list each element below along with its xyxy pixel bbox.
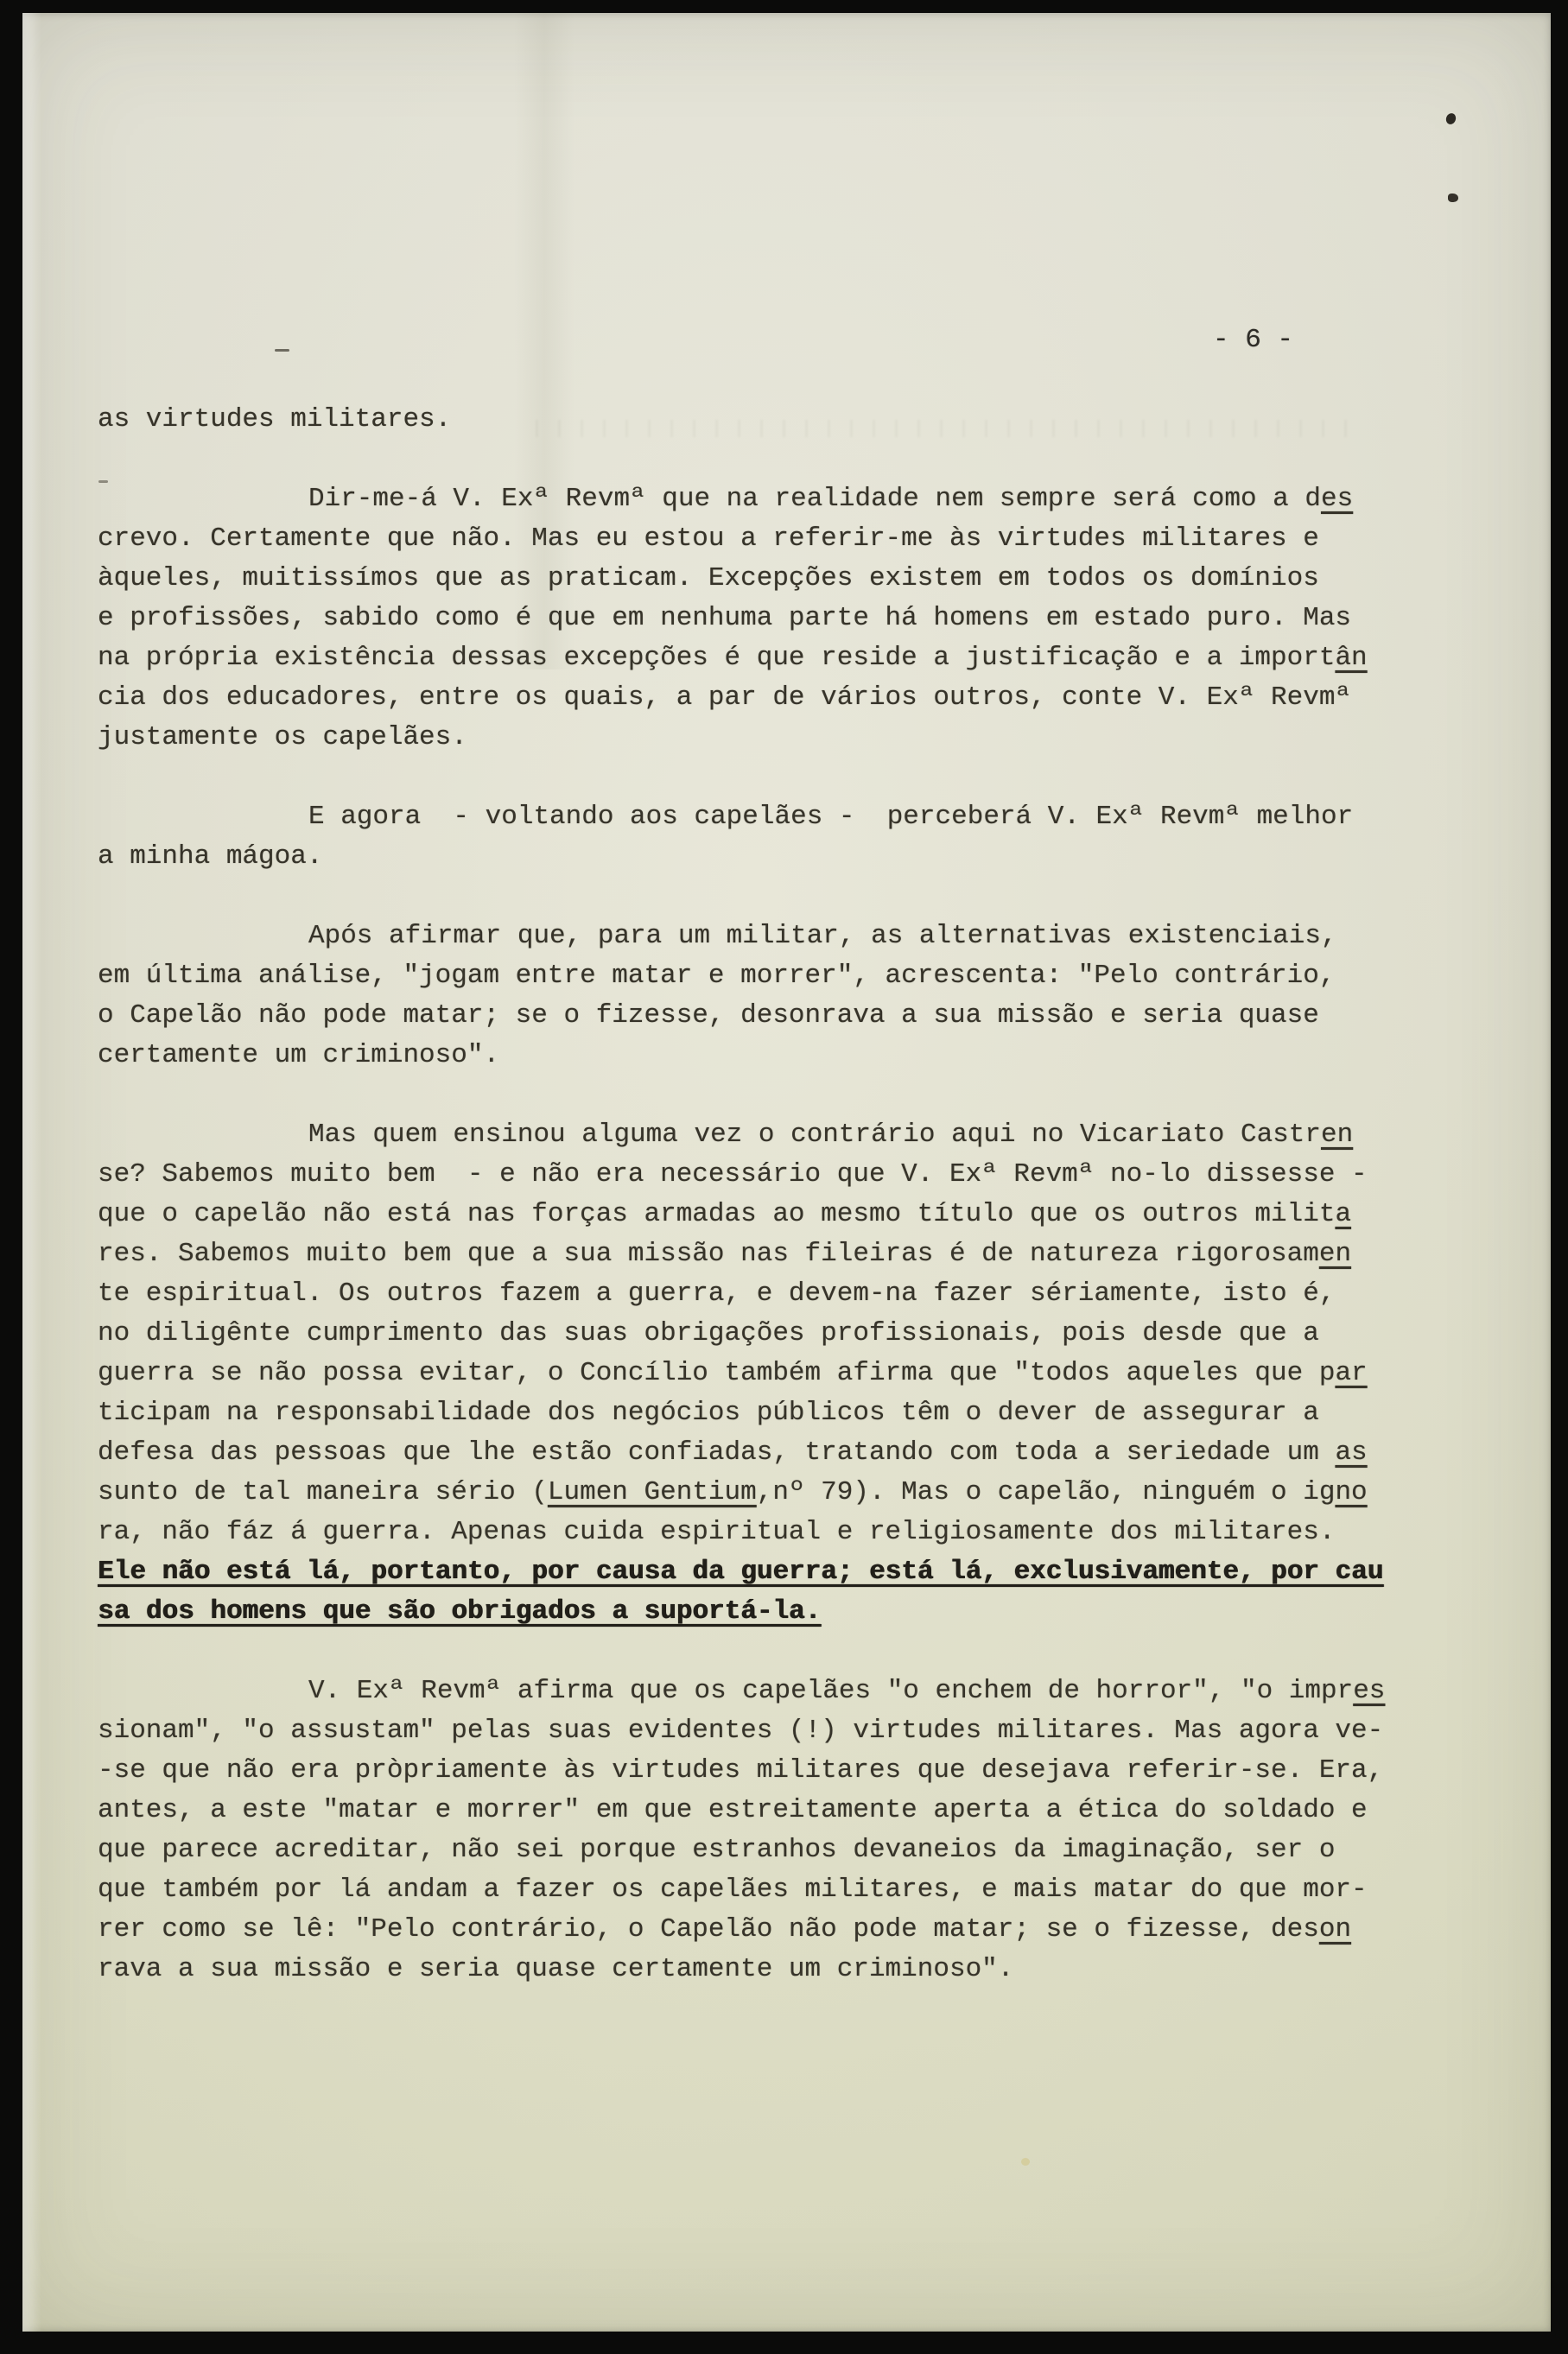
page-number: - 6 - xyxy=(1213,323,1293,358)
text-line: ra, não fáz á guerra. Apenas cuida espir… xyxy=(98,1513,1445,1552)
underlined-text: as xyxy=(1335,1437,1367,1468)
text-line: se? Sabemos muito bem - e não era necess… xyxy=(98,1155,1445,1195)
text-segment: certamente um criminoso". xyxy=(98,1040,499,1070)
text-segment: crevo. Certamente que não. Mas eu estou … xyxy=(98,523,1319,554)
text-segment: as virtudes militares. xyxy=(98,404,451,435)
text-line: o Capelão não pode matar; se o fizesse, … xyxy=(98,996,1445,1036)
text-segment: que também por lá andam a fazer os capel… xyxy=(98,1875,1368,1905)
underlined-text: on xyxy=(1319,1914,1351,1945)
text-line: ticipam na responsabilidade dos negócios… xyxy=(98,1393,1445,1433)
text-segment: que o capelão não está nas forças armada… xyxy=(98,1199,1335,1229)
text-segment: ,nº 79). Mas o capelão, ninguém o ig xyxy=(757,1477,1336,1507)
text-line: àqueles, muitissímos que as praticam. Ex… xyxy=(98,559,1445,599)
text-segment: sunto de tal maneira sério ( xyxy=(98,1477,548,1507)
text-line: antes, a este "matar e morrer" em que es… xyxy=(98,1791,1445,1831)
underlined-text: no xyxy=(1335,1477,1367,1507)
text-line: sionam", "o assustam" pelas suas evident… xyxy=(98,1711,1445,1751)
text-line: Mas quem ensinou alguma vez o contrário … xyxy=(98,1115,1445,1155)
underlined-text: sa dos homens que são obrigados a suport… xyxy=(98,1596,821,1627)
text-segment: Após afirmar que, para um militar, as al… xyxy=(308,921,1337,951)
text-line: que também por lá andam a fazer os capel… xyxy=(98,1870,1445,1910)
text-line: cia dos educadores, entre os quais, a pa… xyxy=(98,678,1445,718)
text-segment: e profissões, sabido como é que em nenhu… xyxy=(98,603,1351,633)
text-line: Ele não está lá, portanto, por causa da … xyxy=(98,1552,1445,1592)
text-line: res. Sabemos muito bem que a sua missão … xyxy=(98,1234,1445,1274)
text-line: que parece acreditar, não sei porque est… xyxy=(98,1831,1445,1870)
text-line: rer como se lê: "Pelo contrário, o Capel… xyxy=(98,1910,1445,1950)
text-line: em última análise, "jogam entre matar e … xyxy=(98,956,1445,996)
document-text: as virtudes militares.Dir-me-á V. Exª Re… xyxy=(98,400,1445,1989)
text-segment: -se que não era pròpriamente às virtudes… xyxy=(98,1755,1383,1786)
underlined-text: ân xyxy=(1335,643,1367,673)
text-line: justamente os capelães. xyxy=(98,718,1445,758)
text-segment: defesa das pessoas que lhe estão confiad… xyxy=(98,1437,1335,1468)
stray-dash-mark xyxy=(275,349,289,352)
text-segment: em última análise, "jogam entre matar e … xyxy=(98,961,1335,991)
text-line: na própria existência dessas excepções é… xyxy=(98,638,1445,678)
text-line: Após afirmar que, para um militar, as al… xyxy=(98,917,1445,956)
text-line: e profissões, sabido como é que em nenhu… xyxy=(98,599,1445,638)
text-segment: te espiritual. Os outros fazem a guerra,… xyxy=(98,1279,1335,1309)
text-segment: justamente os capelães. xyxy=(98,722,467,752)
text-segment: àqueles, muitissímos que as praticam. Ex… xyxy=(98,563,1319,593)
text-segment: res. Sabemos muito bem que a sua missão … xyxy=(98,1239,1319,1269)
text-segment: cia dos educadores, entre os quais, a pa… xyxy=(98,682,1351,713)
text-line: E agora - voltando aos capelães - perceb… xyxy=(98,797,1445,837)
underlined-text: ar xyxy=(1335,1358,1367,1388)
text-segment: a minha mágoa. xyxy=(98,841,322,872)
stray-dash-mark xyxy=(98,480,108,483)
text-segment: V. Exª Revmª afirma que os capelães "o e… xyxy=(308,1676,1353,1706)
text-segment: no diligênte cumprimento das suas obriga… xyxy=(98,1318,1319,1348)
paper-stain xyxy=(1021,2158,1030,2166)
underlined-text: en xyxy=(1321,1120,1353,1150)
text-segment: Mas quem ensinou alguma vez o contrário … xyxy=(308,1120,1321,1150)
text-segment: rava a sua missão e seria quase certamen… xyxy=(98,1954,1013,1984)
text-line: -se que não era pròpriamente às virtudes… xyxy=(98,1751,1445,1791)
scanned-document: - 6 - as virtudes militares.Dir-me-á V. … xyxy=(0,0,1568,2354)
underlined-text: a xyxy=(1335,1199,1351,1229)
text-line: sunto de tal maneira sério (Lumen Gentiu… xyxy=(98,1473,1445,1513)
underlined-text: en xyxy=(1319,1239,1351,1269)
text-segment: E agora - voltando aos capelães - perceb… xyxy=(308,802,1353,832)
text-segment: antes, a este "matar e morrer" em que es… xyxy=(98,1795,1368,1825)
text-line: V. Exª Revmª afirma que os capelães "o e… xyxy=(98,1672,1445,1711)
text-segment: sionam", "o assustam" pelas suas evident… xyxy=(98,1716,1383,1746)
text-line: Dir-me-á V. Exª Revmª que na realidade n… xyxy=(98,479,1445,519)
text-segment: ticipam na responsabilidade dos negócios… xyxy=(98,1398,1319,1428)
text-segment: que parece acreditar, não sei porque est… xyxy=(98,1835,1335,1865)
text-segment: guerra se não possa evitar, o Concílio t… xyxy=(98,1358,1335,1388)
text-line: rava a sua missão e seria quase certamen… xyxy=(98,1950,1445,1989)
text-line: no diligênte cumprimento das suas obriga… xyxy=(98,1314,1445,1354)
text-line: a minha mágoa. xyxy=(98,837,1445,877)
text-line: certamente um criminoso". xyxy=(98,1036,1445,1075)
text-line: que o capelão não está nas forças armada… xyxy=(98,1195,1445,1234)
text-segment: ra, não fáz á guerra. Apenas cuida espir… xyxy=(98,1517,1335,1547)
text-line: defesa das pessoas que lhe estão confiad… xyxy=(98,1433,1445,1473)
text-segment: Dir-me-á V. Exª Revmª que na realidade n… xyxy=(308,484,1321,514)
underlined-text: Lumen Gentium xyxy=(548,1477,757,1507)
ink-smudge xyxy=(536,420,1365,437)
ink-speck xyxy=(1448,194,1458,202)
text-segment: se? Sabemos muito bem - e não era necess… xyxy=(98,1159,1368,1190)
text-segment: na própria existência dessas excepções é… xyxy=(98,643,1335,673)
underlined-text: es xyxy=(1353,1676,1385,1706)
underlined-text: Ele não está lá, portanto, por causa da … xyxy=(98,1557,1383,1587)
text-segment: rer como se lê: "Pelo contrário, o Capel… xyxy=(98,1914,1319,1945)
text-segment: o Capelão não pode matar; se o fizesse, … xyxy=(98,1000,1319,1031)
text-line: sa dos homens que são obrigados a suport… xyxy=(98,1592,1445,1632)
text-line: te espiritual. Os outros fazem a guerra,… xyxy=(98,1274,1445,1314)
text-line: crevo. Certamente que não. Mas eu estou … xyxy=(98,519,1445,559)
typewritten-layer: - 6 - as virtudes militares.Dir-me-á V. … xyxy=(0,0,1568,2354)
underlined-text: es xyxy=(1321,484,1353,514)
text-line: guerra se não possa evitar, o Concílio t… xyxy=(98,1354,1445,1393)
ink-speck xyxy=(1444,112,1457,126)
